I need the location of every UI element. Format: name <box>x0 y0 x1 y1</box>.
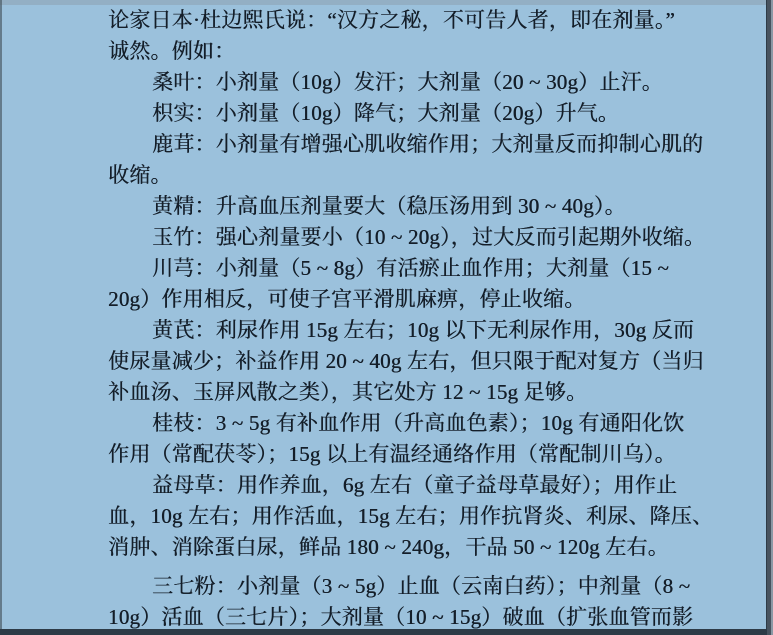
text-line: 玉竹：强心剂量要小（10 ~ 20g），过大反而引起期外收缩。 <box>108 222 748 253</box>
text-line: 黄芪：利尿作用 15g 左右；10g 以下无利尿作用，30g 反而 <box>108 315 748 346</box>
text-line: 作用（常配茯苓）；15g 以上有温经通络作用（常配制川乌）。 <box>108 439 748 470</box>
scanned-book-page: 论家日本·杜边熙氏说：“汉方之秘，不可告人者，即在剂量。” 诚然。例如： 桑叶：… <box>0 0 773 635</box>
text-line: 收缩。 <box>108 160 748 191</box>
body-text: 论家日本·杜边熙氏说：“汉方之秘，不可告人者，即在剂量。” 诚然。例如： 桑叶：… <box>108 5 748 633</box>
text-line: 桂枝：3 ~ 5g 有补血作用（升高血色素）；10g 有通阳化饮 <box>108 408 748 439</box>
text-line: 使尿量减少；补益作用 20 ~ 40g 左右，但只限于配对复方（当归 <box>108 346 748 377</box>
text-line: 消肿、消除蛋白尿，鲜品 180 ~ 240g，干品 50 ~ 120g 左右。 <box>108 532 748 563</box>
text-line: 20g）作用相反，可使子宫平滑肌麻痹，停止收缩。 <box>108 284 748 315</box>
page-left-edge <box>0 0 2 635</box>
text-line: 枳实：小剂量（10g）降气；大剂量（20g）升气。 <box>108 98 748 129</box>
text-line: 三七粉：小剂量（3 ~ 5g）止血（云南白药）；中剂量（8 ~ <box>108 571 748 602</box>
text-line: 论家日本·杜边熙氏说：“汉方之秘，不可告人者，即在剂量。” <box>108 5 748 36</box>
page-bottom-edge <box>0 629 773 635</box>
text-line: 补血汤、玉屏风散之类），其它处方 12 ~ 15g 足够。 <box>108 377 748 408</box>
text-line: 川芎：小剂量（5 ~ 8g）有活瘀止血作用；大剂量（15 ~ <box>108 253 748 284</box>
text-line: 桑叶：小剂量（10g）发汗；大剂量（20 ~ 30g）止汗。 <box>108 67 748 98</box>
text-line: 鹿茸：小剂量有增强心肌收缩作用；大剂量反而抑制心肌的 <box>108 129 748 160</box>
text-line: 益母草：用作养血，6g 左右（童子益母草最好）；用作止 <box>108 470 748 501</box>
page-right-edge <box>766 0 773 635</box>
text-line: 血，10g 左右；用作活血，15g 左右；用作抗肾炎、利尿、降压、 <box>108 501 748 532</box>
text-line: 诚然。例如： <box>108 36 748 67</box>
text-line: 黄精：升高血压剂量要大（稳压汤用到 30 ~ 40g）。 <box>108 191 748 222</box>
